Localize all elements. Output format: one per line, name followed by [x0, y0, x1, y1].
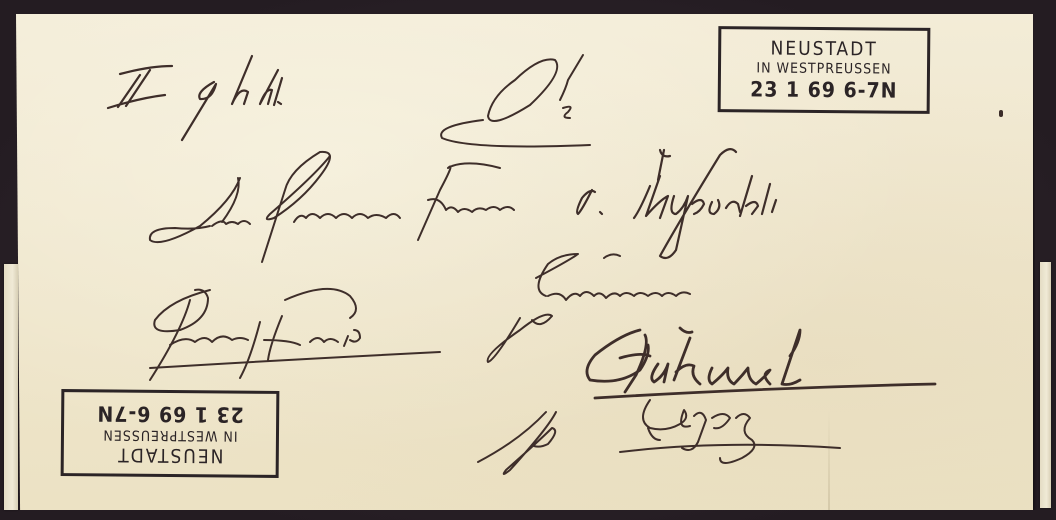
docket-number: II 964	[105, 60, 285, 140]
postmark-date: 23 1 69 6-7N	[721, 77, 927, 103]
postmark-date: 23 1 69 6-7N	[64, 401, 276, 427]
route-town: Sagorz	[625, 400, 825, 470]
postmark-neustadt-top: NEUSTADT IN WESTPREUSSEN 23 1 69 6-7N	[718, 26, 931, 114]
address-recipient: Den Hochwohlgeborenen Herrn v. Wysocki	[148, 150, 828, 260]
sender-note: Portopflichtige Dienstsache	[145, 285, 445, 385]
route-prefix: p.	[475, 405, 560, 480]
inner-fold-right	[1040, 262, 1051, 508]
destination-town: Rahmel	[585, 325, 935, 400]
inner-fold-left	[4, 264, 18, 510]
postmark-town: NEUSTADT	[64, 443, 276, 467]
abbreviation-mark: Ob. S.	[440, 50, 590, 150]
postmark-region: IN WESTPREUSSEN	[64, 425, 276, 445]
ink-speck	[999, 110, 1003, 117]
postmark-neustadt-bottom-inverted: NEUSTADT IN WESTPREUSSEN 23 1 69 6-7N	[61, 389, 280, 478]
postmark-town: NEUSTADT	[721, 37, 927, 61]
postmark-region: IN WESTPREUSSEN	[721, 59, 927, 79]
